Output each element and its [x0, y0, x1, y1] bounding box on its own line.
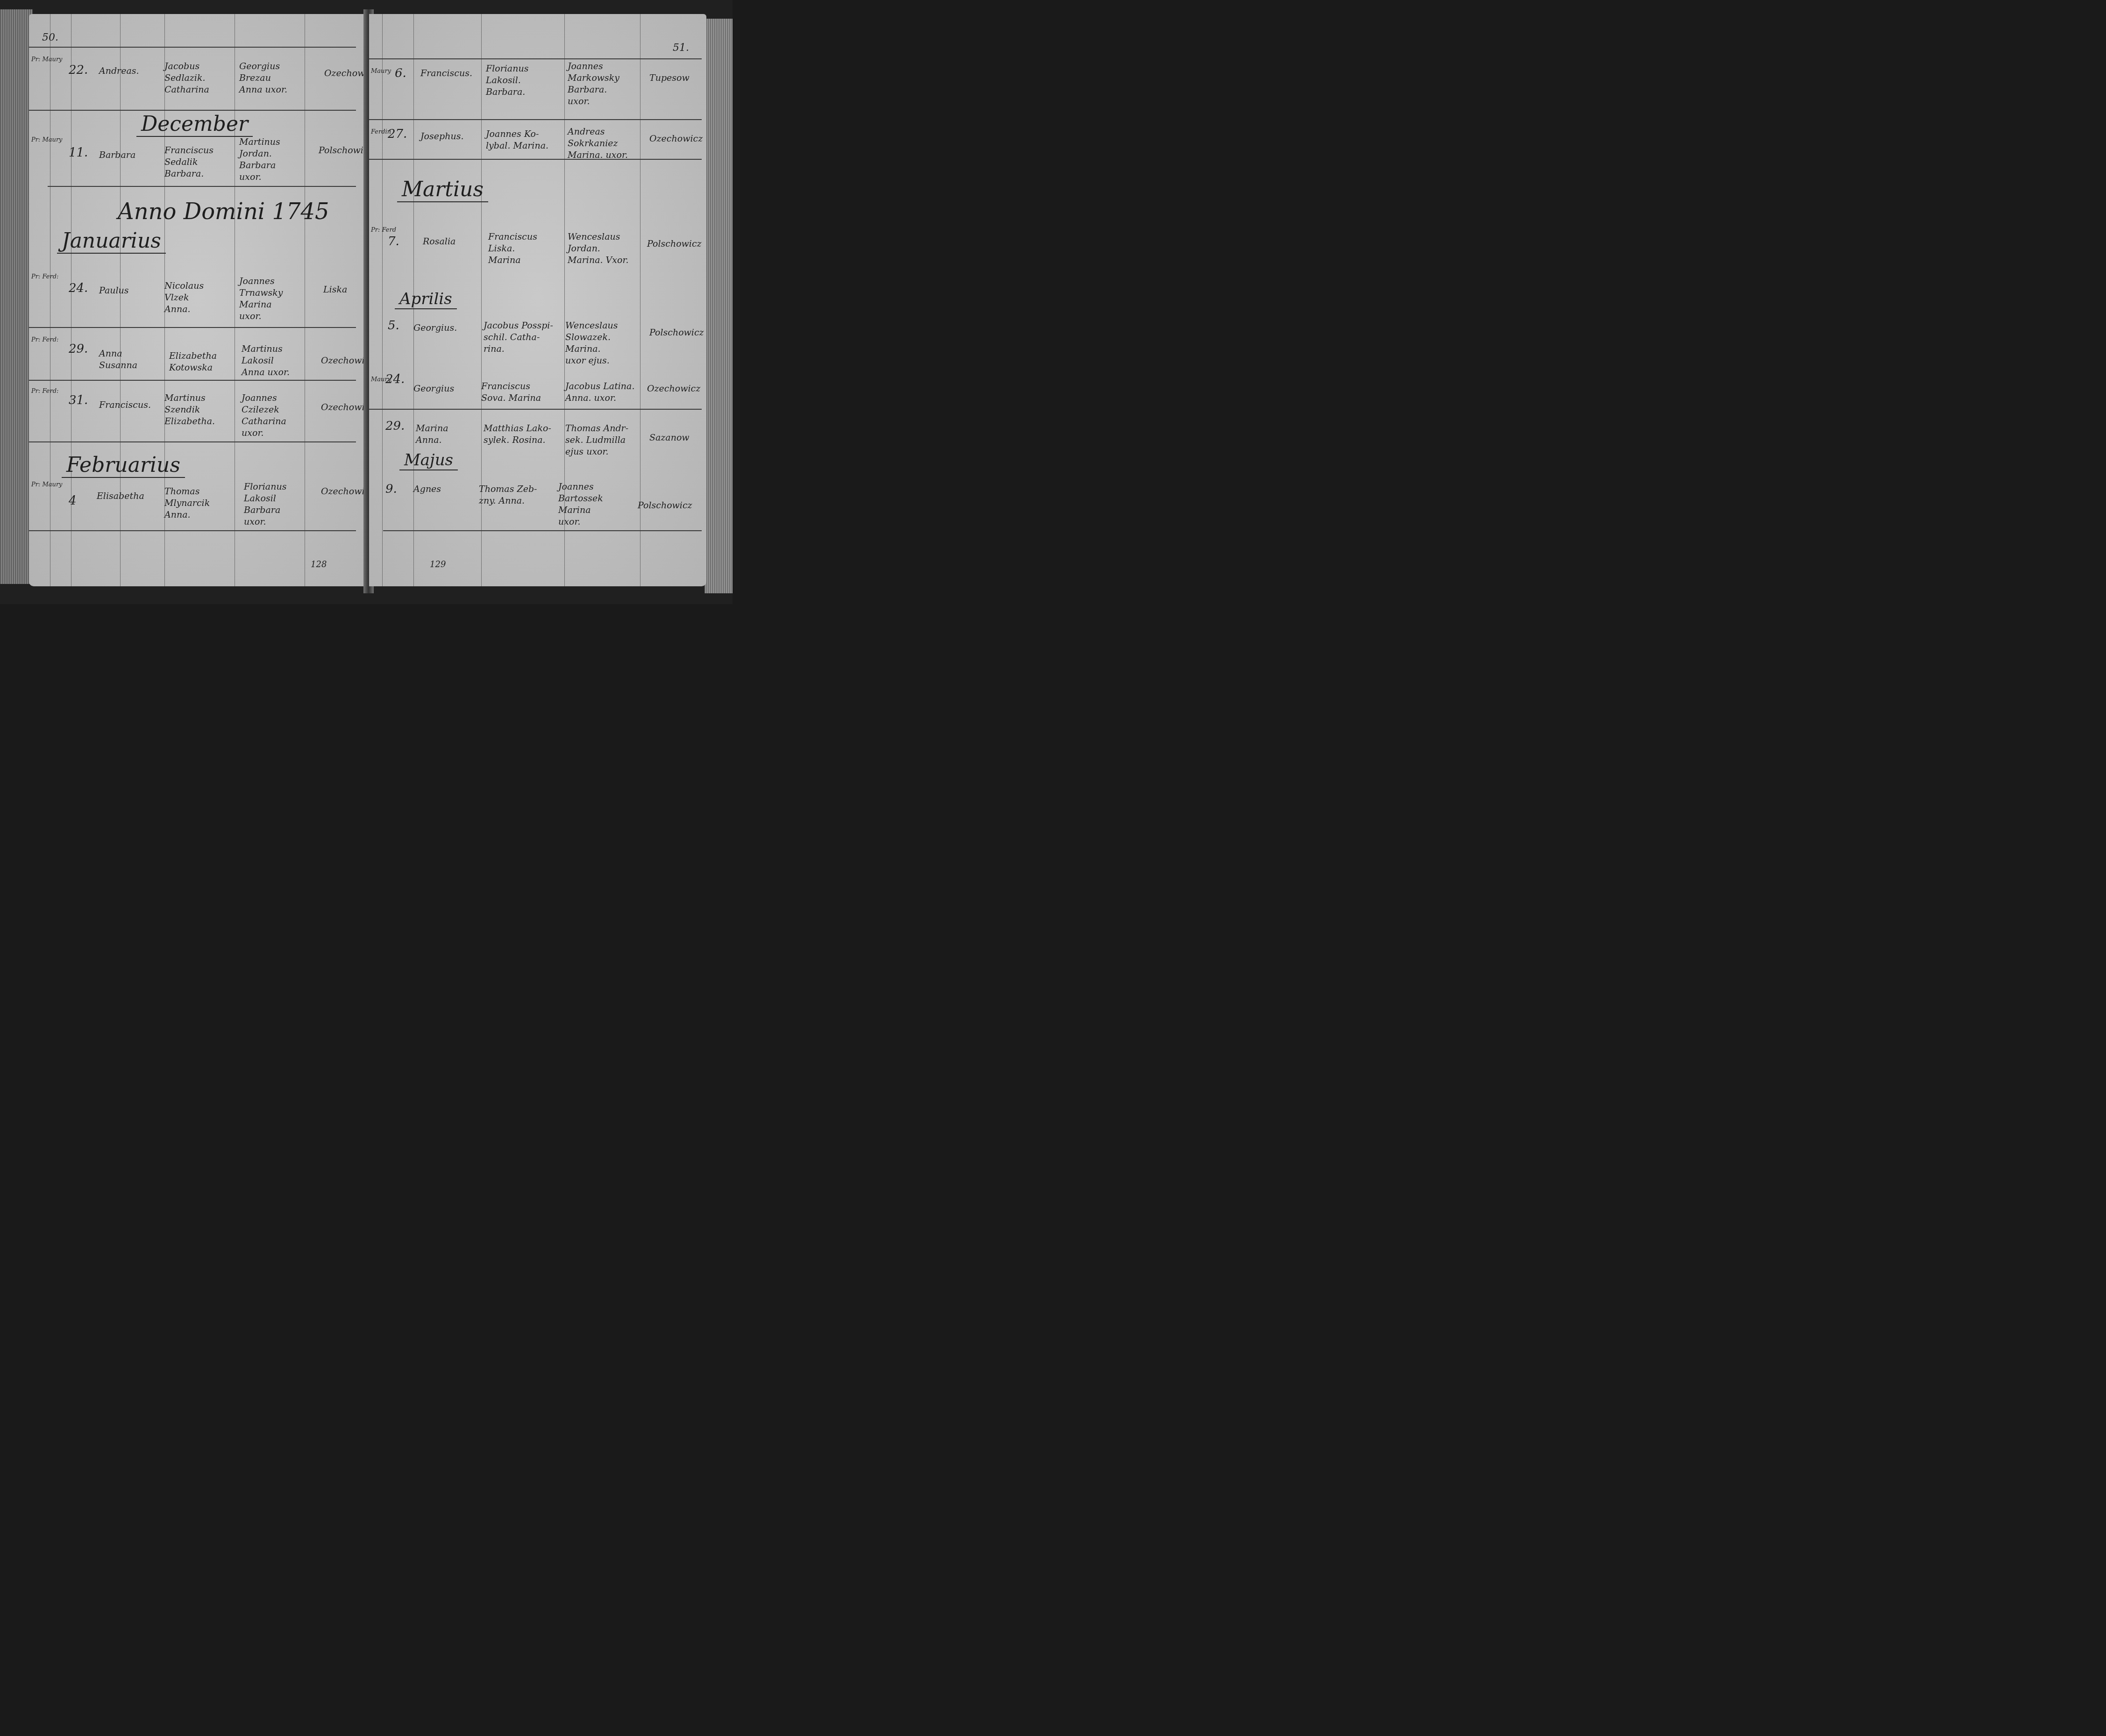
- village-cell: Polschowicz: [649, 327, 704, 339]
- day-cell: 31.: [69, 395, 88, 406]
- parish-cell: Pr: Maury: [31, 481, 62, 489]
- parents-cell: Jacobus Sedlazik. Catharina: [164, 61, 209, 96]
- child-cell: Franciscus.: [99, 399, 151, 411]
- day-cell: 6.: [395, 68, 406, 79]
- godparents-cell: Joannes Bartossek Marina uxor.: [558, 481, 603, 528]
- child-cell: Georgius.: [413, 322, 457, 334]
- parish-cell: Pr: Maury: [31, 56, 62, 64]
- godparents-cell: Joannes Markowsky Barbara. uxor.: [568, 61, 619, 107]
- parish-cell: Pr: Ferd:: [31, 388, 58, 395]
- day-cell: 27.: [388, 128, 407, 140]
- book-scan: 50. Pr: Maury 22. Andreas. Jacobus Sedla…: [0, 0, 733, 604]
- parents-cell: Nicolaus Vlzek Anna.: [164, 280, 204, 315]
- row-divider: [383, 530, 702, 531]
- godparents-cell: Florianus Lakosil Barbara uxor.: [244, 481, 286, 528]
- parish-cell: Pr: Ferd:: [31, 336, 58, 344]
- parents-cell: Jacobus Posspi- schil. Catha- rina.: [484, 320, 553, 355]
- parents-cell: Franciscus Sova. Marina: [481, 381, 541, 404]
- folio-number: 128: [311, 560, 327, 569]
- row-divider: [29, 380, 356, 381]
- day-cell: 22.: [69, 64, 88, 76]
- parish-cell: Pr: Ferd:: [31, 273, 58, 281]
- parents-cell: Franciscus Liska. Marina: [488, 231, 537, 266]
- parents-cell: Thomas Mlynarcik Anna.: [164, 486, 210, 521]
- child-cell: Marina Anna.: [416, 423, 448, 446]
- column-rule: [305, 14, 305, 586]
- parents-cell: Joannes Ko- lybal. Marina.: [486, 128, 548, 152]
- godparents-cell: Wenceslaus Slowazek. Marina. uxor ejus.: [565, 320, 618, 367]
- column-rule: [382, 14, 383, 586]
- godparents-cell: Georgius Brezau Anna uxor.: [239, 61, 287, 96]
- page-number: 51.: [673, 42, 689, 54]
- row-divider: [29, 327, 356, 328]
- month-heading-february: Februarius: [62, 453, 185, 478]
- year-heading: Anno Domini 1745: [118, 199, 329, 225]
- godparents-cell: Jacobus Latina. Anna. uxor.: [565, 381, 634, 404]
- page-number: 50.: [42, 32, 58, 43]
- month-heading-march: Martius: [397, 178, 488, 202]
- village-cell: Ozechowicz: [649, 133, 703, 145]
- parents-cell: Martinus Szendik Elizabetha.: [164, 392, 215, 427]
- row-divider: [29, 110, 356, 111]
- day-cell: 11.: [69, 147, 88, 159]
- godparents-cell: Martinus Jordan. Barbara uxor.: [239, 136, 280, 183]
- folio-number: 129: [430, 560, 446, 569]
- village-cell: Polschowicz: [638, 500, 692, 512]
- child-cell: Franciscus.: [420, 68, 472, 79]
- village-cell: Tupesow: [649, 72, 690, 84]
- parents-cell: Florianus Lakosil. Barbara.: [486, 63, 528, 98]
- parents-cell: Elizabetha Kotowska: [169, 350, 217, 374]
- godparents-cell: Thomas Andr- sek. Ludmilla ejus uxor.: [565, 423, 628, 458]
- child-cell: Elisabetha: [97, 491, 144, 502]
- row-divider: [369, 409, 702, 410]
- child-cell: Georgius: [413, 383, 454, 395]
- parents-cell: Franciscus Sedalik Barbara.: [164, 145, 213, 180]
- month-heading-january: Januarius: [57, 229, 166, 254]
- day-cell: 24.: [69, 283, 88, 294]
- row-divider: [29, 47, 356, 48]
- parish-cell: Maury: [371, 68, 391, 75]
- left-page: 50. Pr: Maury 22. Andreas. Jacobus Sedla…: [29, 14, 368, 586]
- row-divider: [369, 119, 702, 120]
- month-heading-may: Majus: [399, 451, 458, 470]
- child-cell: Josephus.: [420, 131, 463, 142]
- village-cell: Liska: [323, 284, 347, 296]
- child-cell: Barbara: [99, 149, 135, 161]
- godparents-cell: Joannes Trnawsky Marina uxor.: [239, 276, 283, 322]
- row-divider: [369, 159, 702, 160]
- row-divider: [29, 441, 356, 442]
- child-cell: Paulus: [99, 285, 129, 297]
- day-cell: 24.: [385, 374, 405, 385]
- parish-cell: Pr: Maury: [31, 136, 62, 144]
- month-heading-april: Aprilis: [395, 290, 457, 309]
- godparents-cell: Andreas Sokrkaniez Marina. uxor.: [568, 126, 628, 161]
- parents-cell: Matthias Lako- sylek. Rosina.: [484, 423, 551, 446]
- page-edges-right: [704, 19, 733, 593]
- godparents-cell: Martinus Lakosil Anna uxor.: [242, 343, 290, 378]
- day-cell: 9.: [385, 484, 397, 495]
- village-cell: Polschowicz: [647, 238, 702, 250]
- village-cell: Sazanow: [649, 432, 690, 444]
- row-divider: [369, 58, 702, 59]
- day-cell: 5.: [388, 320, 399, 332]
- page-edges-left: [0, 9, 33, 584]
- column-rule: [235, 14, 235, 586]
- parents-cell: Thomas Zeb- zny. Anna.: [479, 484, 537, 507]
- child-cell: Andreas.: [99, 65, 139, 77]
- right-page: 51. Maury 6. Franciscus. Florianus Lakos…: [369, 14, 706, 586]
- village-cell: Ozechowicz: [647, 383, 700, 395]
- day-cell: 4: [69, 495, 77, 507]
- day-cell: 7.: [388, 236, 399, 248]
- child-cell: Anna Susanna: [99, 348, 137, 371]
- column-rule: [50, 14, 50, 586]
- row-divider: [48, 186, 356, 187]
- godparents-cell: Wenceslaus Jordan. Marina. Vxor.: [568, 231, 629, 266]
- month-heading-december: December: [136, 112, 253, 137]
- child-cell: Agnes: [413, 484, 441, 495]
- day-cell: 29.: [69, 343, 88, 355]
- godparents-cell: Joannes Czilezek Catharina uxor.: [242, 392, 286, 439]
- parish-cell: Pr: Ferd: [371, 227, 396, 234]
- day-cell: 29.: [385, 420, 405, 432]
- row-divider: [29, 530, 356, 531]
- child-cell: Rosalia: [423, 236, 455, 248]
